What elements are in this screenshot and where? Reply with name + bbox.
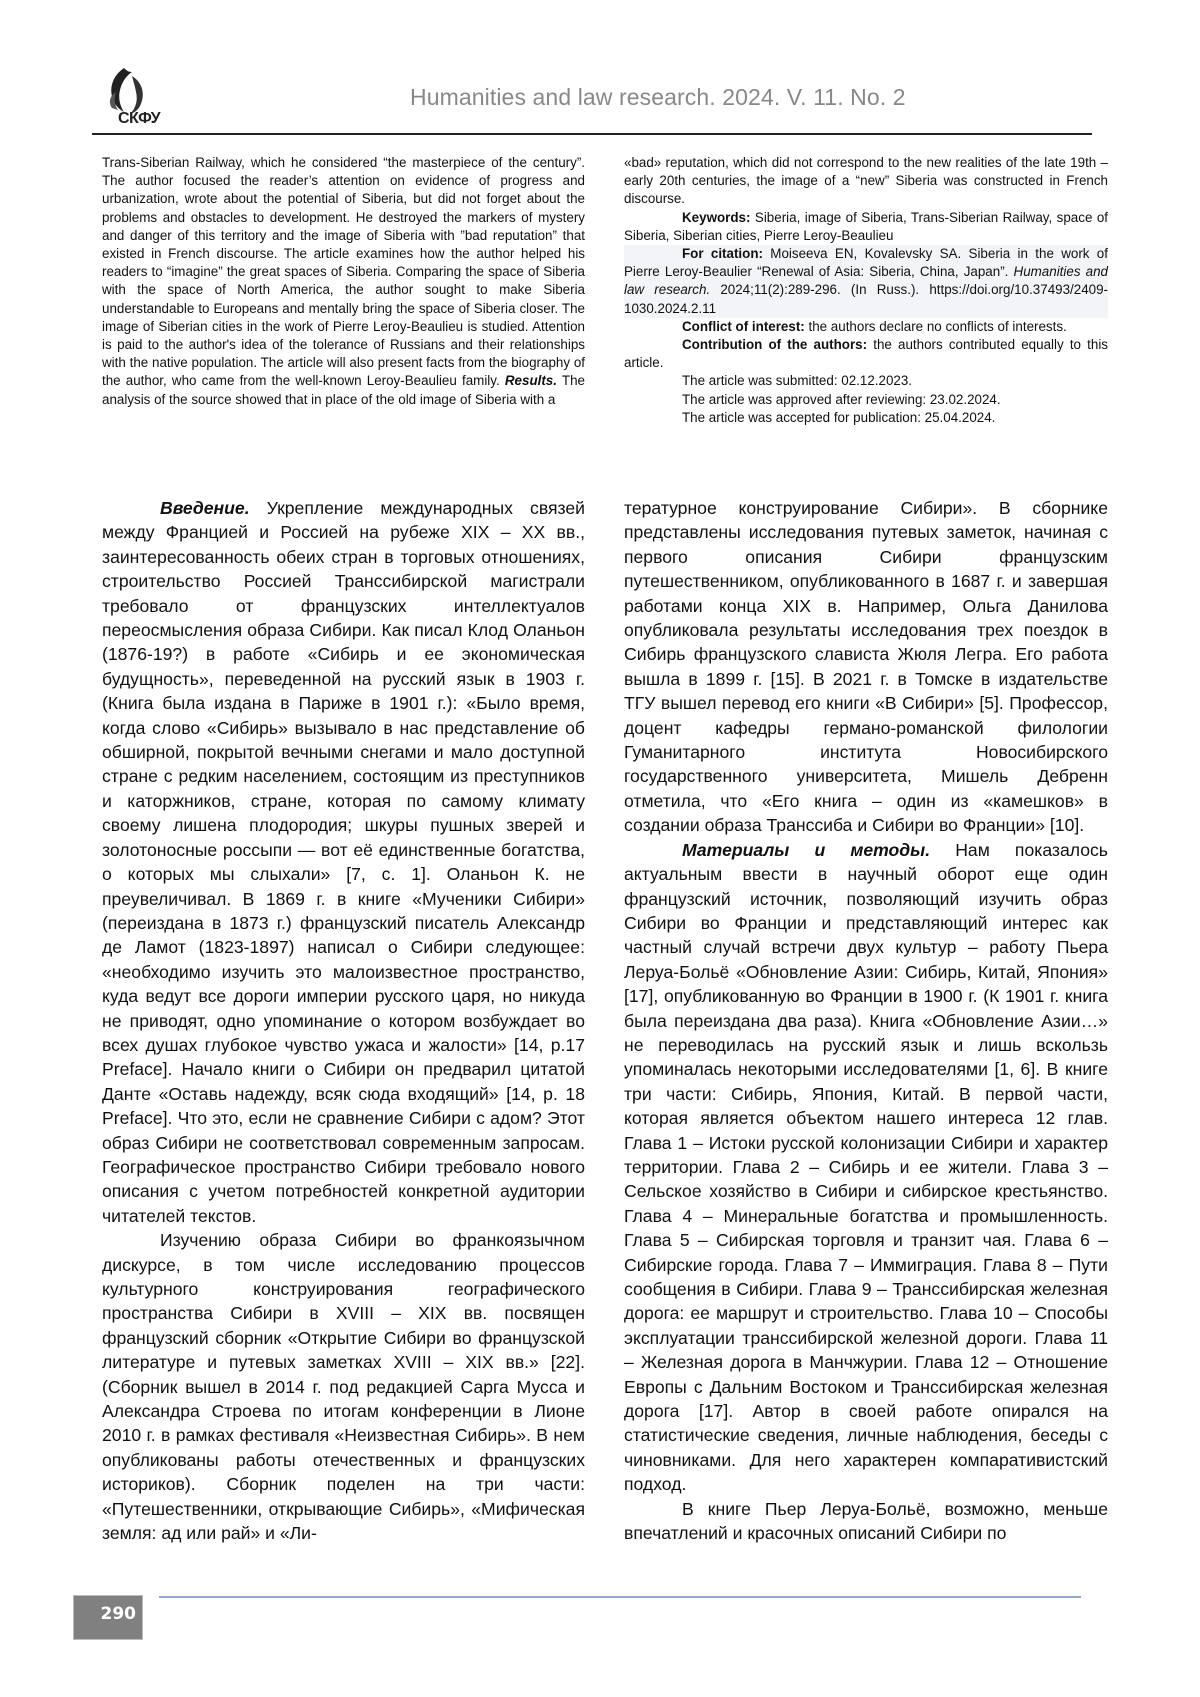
university-logo: СКФУ <box>102 66 192 132</box>
conflict-label: Conflict of interest: <box>682 319 805 334</box>
body-paragraph: В книге Пьер Леруа-Больё, возможно, мень… <box>624 1497 1108 1546</box>
abstract-left-column: Trans-Siberian Railway, which he conside… <box>102 154 585 409</box>
citation: For citation: Moiseeva EN, Kovalevsky SA… <box>624 245 1108 318</box>
methods-heading: Материалы и методы. <box>682 840 930 860</box>
journal-page: СКФУ Humanities and law research. 2024. … <box>0 0 1200 1697</box>
methods-text: Нам показалось актуальным ввести в научн… <box>624 840 1108 1495</box>
introduction-paragraph: Введение. Укрепление международных связе… <box>102 496 585 1228</box>
approved-date: The article was approved after reviewing… <box>624 391 1108 409</box>
abstract-continuation: «bad» reputation, which did not correspo… <box>624 154 1108 209</box>
body-paragraph: Изучению образа Сибири во франкоязычном … <box>102 1228 585 1545</box>
page-number-badge: 290 <box>73 1595 143 1640</box>
abstract-paragraph: Trans-Siberian Railway, which he conside… <box>102 154 585 409</box>
keywords-label: Keywords: <box>682 210 750 225</box>
methods-paragraph: Материалы и методы. Нам показалось актуа… <box>624 838 1108 1497</box>
abstract-text: Trans-Siberian Railway, which he conside… <box>102 155 585 388</box>
phoenix-wing-icon <box>102 66 172 116</box>
submitted-date: The article was submitted: 02.12.2023. <box>624 372 1108 390</box>
logo-text: СКФУ <box>118 110 160 128</box>
author-contribution: Contribution of the authors: the authors… <box>624 336 1108 372</box>
introduction-heading: Введение. <box>160 498 250 518</box>
accepted-date: The article was accepted for publication… <box>624 409 1108 427</box>
conflict-text: the authors declare no conflicts of inte… <box>805 319 1067 334</box>
body-paragraph-continuation: тературное конструирование Сибири». В сб… <box>624 496 1108 838</box>
footer-divider <box>159 1596 1081 1598</box>
journal-title: Humanities and law research. 2024. V. 11… <box>410 84 906 111</box>
citation-label: For citation: <box>682 246 763 261</box>
body-left-column: Введение. Укрепление международных связе… <box>102 496 585 1545</box>
header-divider <box>92 133 1092 135</box>
conflict-of-interest: Conflict of interest: the authors declar… <box>624 318 1108 336</box>
abstract-right-column: «bad» reputation, which did not correspo… <box>624 154 1108 427</box>
body-right-column: тературное конструирование Сибири». В сб… <box>624 496 1108 1545</box>
results-label: Results. <box>505 373 557 388</box>
page-number: 290 <box>101 1604 137 1624</box>
contribution-label: Contribution of the authors: <box>682 337 867 352</box>
page-header: СКФУ Humanities and law research. 2024. … <box>92 66 1088 134</box>
keywords: Keywords: Siberia, image of Siberia, Tra… <box>624 209 1108 245</box>
introduction-text: Укрепление международных связей между Фр… <box>102 498 585 1226</box>
